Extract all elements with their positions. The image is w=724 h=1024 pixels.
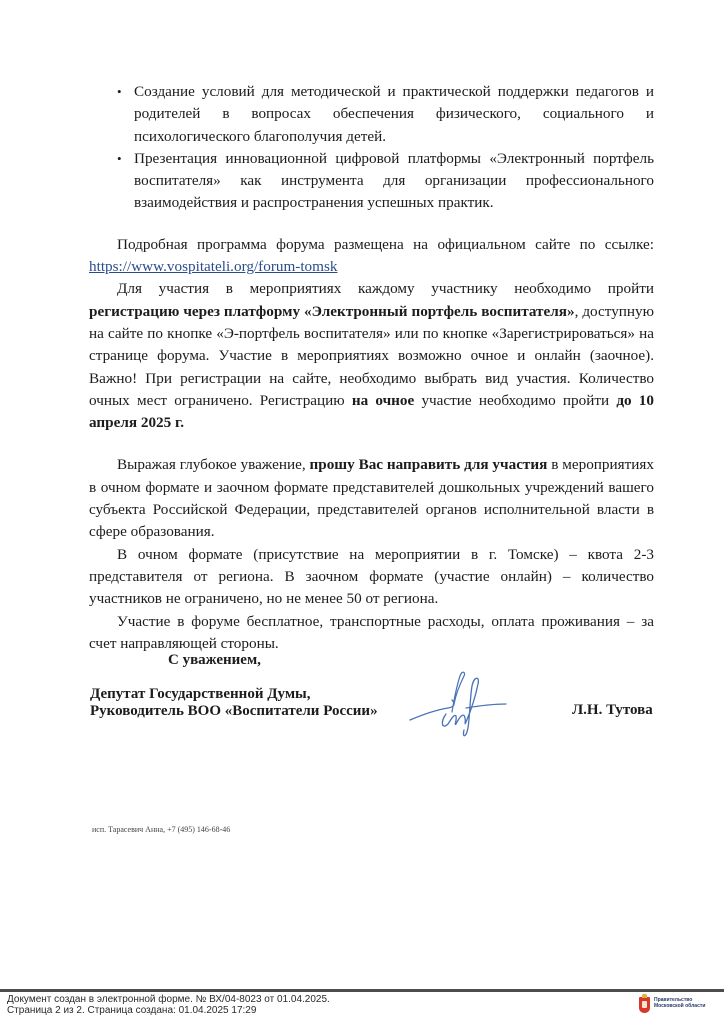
forum-link[interactable]: https://www.vospitateli.org/forum-tomsk — [89, 258, 337, 275]
coat-of-arms-icon — [639, 997, 650, 1013]
goals-list: • Создание условий для методической и пр… — [89, 81, 654, 215]
bullet-icon: • — [117, 81, 122, 103]
government-logo: Правительство Московской области — [639, 997, 705, 1013]
bullet-text: Презентация инновационной цифровой платф… — [134, 150, 654, 212]
government-name: Правительство Московской области — [654, 997, 705, 1009]
registration-text: участие необходимо пройти — [414, 392, 616, 409]
registration-text: Для участия в мероприятиях каждому участ… — [117, 280, 654, 297]
signer-title: Депутат Государственной Думы, Руководите… — [90, 686, 378, 720]
request-paragraph: Выражая глубокое уважение, прошу Вас нап… — [89, 454, 654, 543]
executor-contact: исп. Тарасевич Анна, +7 (495) 146-68-46 — [92, 825, 230, 834]
registration-emphasis: регистрацию через платформу «Электронный… — [89, 303, 575, 320]
quota-paragraph: В очном формате (присутствие на мероприя… — [89, 544, 654, 611]
government-name-line-2: Московской области — [654, 1003, 705, 1009]
signature-icon — [402, 664, 512, 744]
closing-salutation: С уважением, — [168, 652, 261, 669]
list-item: • Презентация инновационной цифровой пла… — [134, 148, 654, 215]
footer-divider — [0, 989, 724, 992]
document-registration-number: Документ создан в электронной форме. № В… — [7, 995, 330, 1006]
program-paragraph: Подробная программа форума размещена на … — [89, 234, 654, 279]
request-text: Выражая глубокое уважение, — [117, 456, 310, 473]
registration-paragraph: Для участия в мероприятиях каждому участ… — [89, 278, 654, 434]
document-footer: Документ создан в электронной форме. № В… — [7, 995, 330, 1016]
bullet-icon: • — [117, 148, 122, 170]
page-info: Страница 2 из 2. Страница создана: 01.04… — [7, 1006, 330, 1017]
program-text: Подробная программа форума размещена на … — [117, 236, 654, 253]
signer-title-line-1: Депутат Государственной Думы, — [90, 686, 378, 703]
list-item: • Создание условий для методической и пр… — [134, 81, 654, 148]
signer-title-line-2: Руководитель ВОО «Воспитатели России» — [90, 703, 378, 720]
costs-paragraph: Участие в форуме бесплатное, транспортны… — [89, 611, 654, 656]
request-emphasis: прошу Вас направить для участия — [310, 456, 548, 473]
bullet-text: Создание условий для методической и прак… — [134, 83, 654, 145]
signer-name: Л.Н. Тутова — [572, 702, 653, 719]
registration-emphasis: на очное — [352, 392, 414, 409]
letter-body: • Создание условий для методической и пр… — [89, 81, 654, 655]
